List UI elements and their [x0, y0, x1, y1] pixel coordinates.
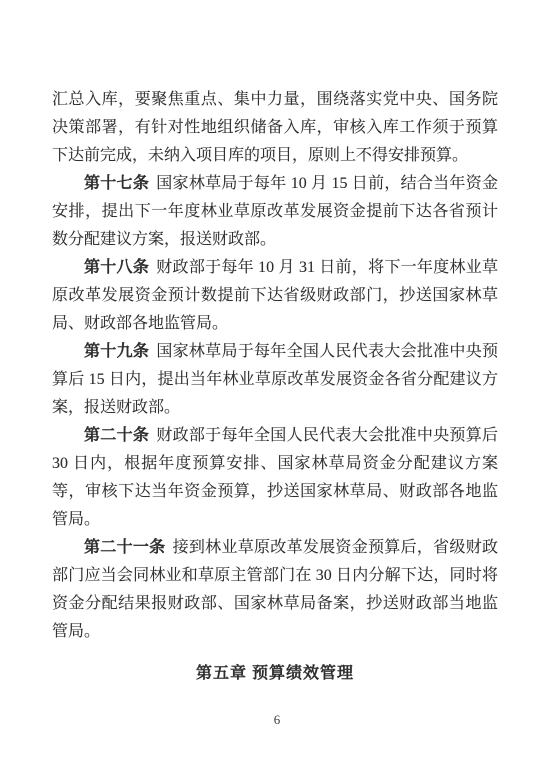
article-19: 第十九条国家林草局于每年全国人民代表大会批准中央预算后 15 日内，提出当年林业…	[52, 338, 498, 422]
article-21-number: 第二十一条	[84, 539, 165, 556]
article-20-number: 第二十条	[84, 427, 149, 444]
article-19-number: 第十九条	[84, 343, 149, 360]
article-17: 第十七条国家林草局于每年 10 月 15 日前，结合当年资金安排，提出下一年度林…	[52, 170, 498, 254]
article-20: 第二十条财政部于每年全国人民代表大会批准中央预算后 30 日内，根据年度预算安排…	[52, 422, 498, 534]
article-18-number: 第十八条	[84, 259, 149, 276]
article-21: 第二十一条接到林业草原改革发展资金预算后，省级财政部门应当会同林业和草原主管部门…	[52, 534, 498, 646]
document-page: 汇总入库，要聚焦重点、集中力量，围绕落实党中央、国务院决策部署，有针对性地组织储…	[0, 0, 554, 784]
chapter-heading: 第五章 预算绩效管理	[52, 660, 498, 688]
page-number: 6	[0, 712, 554, 728]
paragraph-continuation: 汇总入库，要聚焦重点、集中力量，围绕落实党中央、国务院决策部署，有针对性地组织储…	[52, 86, 498, 170]
document-body: 汇总入库，要聚焦重点、集中力量，围绕落实党中央、国务院决策部署，有针对性地组织储…	[52, 86, 498, 688]
article-17-number: 第十七条	[84, 175, 149, 192]
article-18: 第十八条财政部于每年 10 月 31 日前，将下一年度林业草原改革发展资金预计数…	[52, 254, 498, 338]
